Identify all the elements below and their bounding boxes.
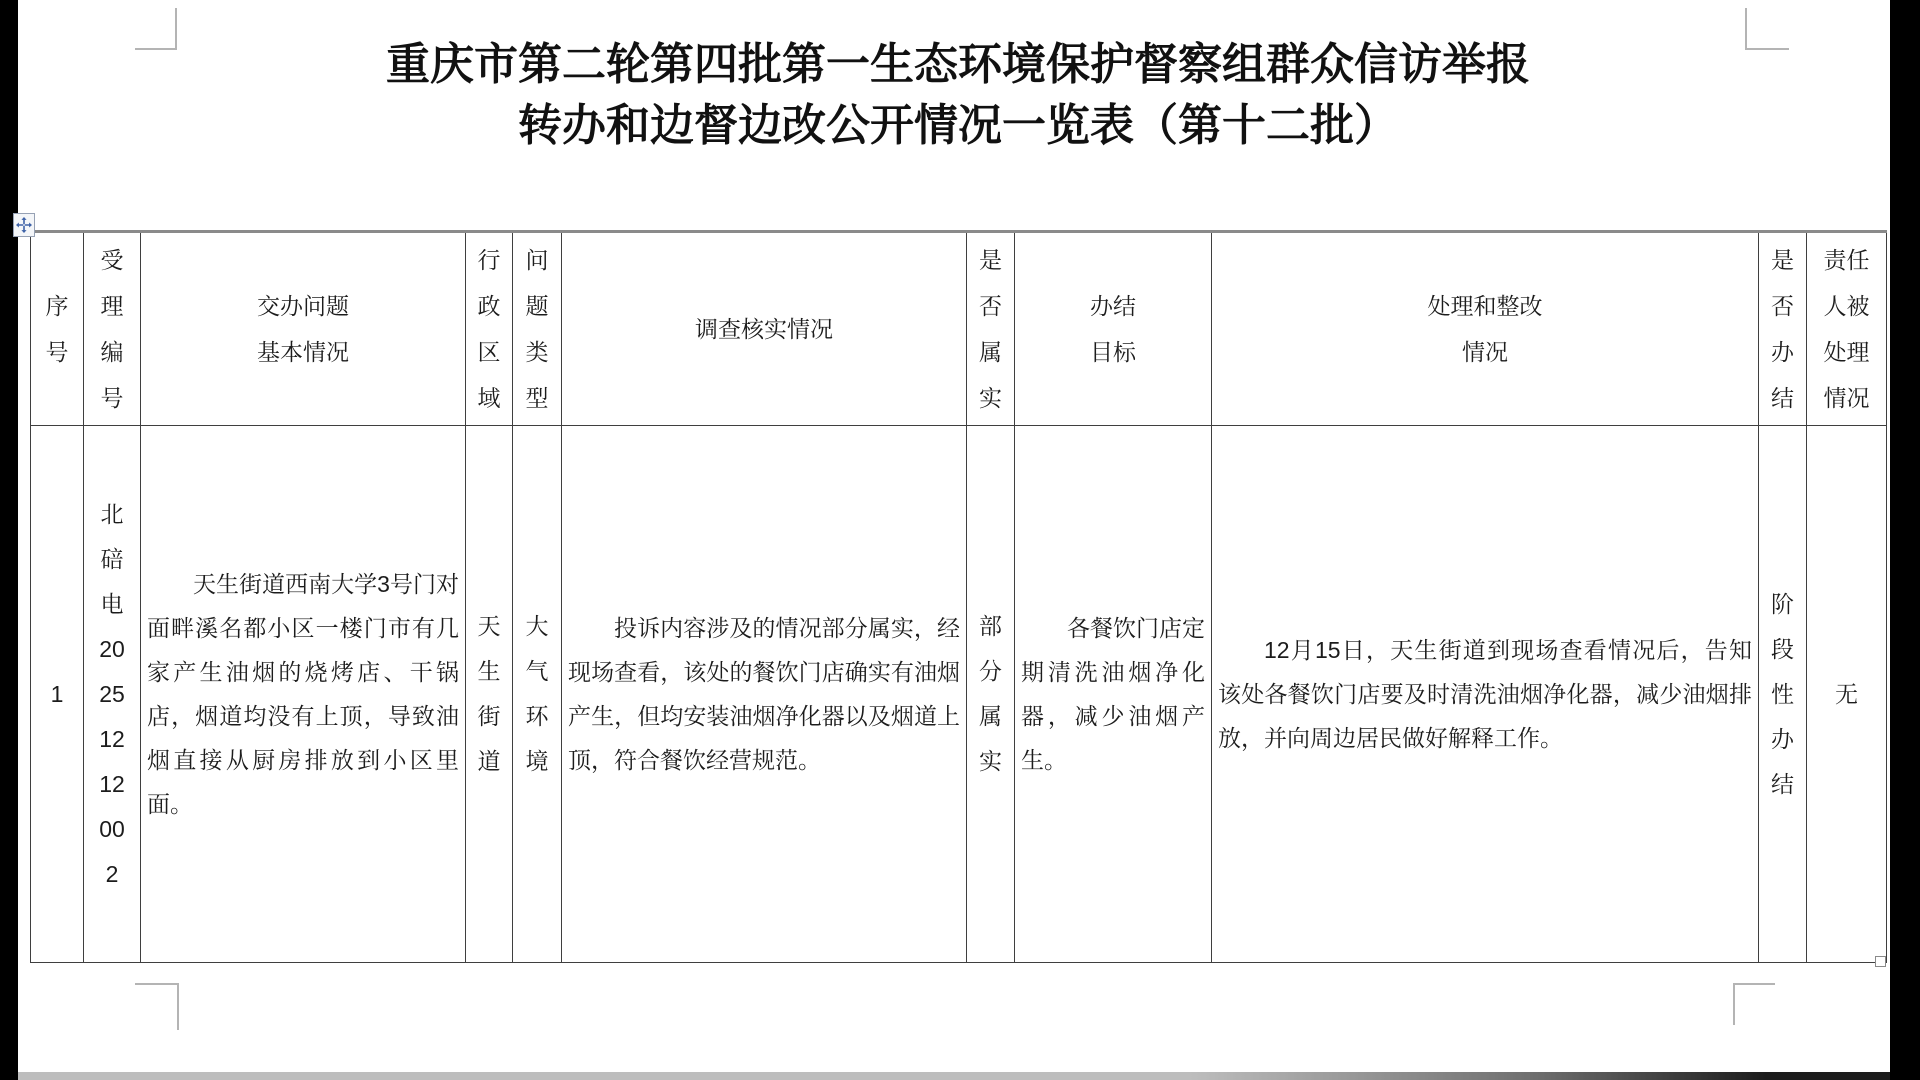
cell-serial: 1 (31, 426, 84, 963)
table-resize-handle[interactable] (1875, 956, 1886, 967)
header-rectification: 处理和整改 情况 (1212, 233, 1759, 426)
cell-goal: 各餐饮门店定期清洗油烟净化器，减少油烟产生。 (1015, 426, 1212, 963)
header-district: 行 政 区 域 (466, 233, 513, 426)
header-is-true: 是 否 属 实 (967, 233, 1015, 426)
header-serial: 序 号 (31, 233, 84, 426)
cell-rectification-text: 12月15日，天生街道到现场查看情况后，告知该处各餐饮门店要及时清洗油烟净化器，… (1218, 628, 1752, 760)
left-black-bar (0, 0, 18, 1080)
cell-problem: 天生街道西南大学3号门对面畔溪名都小区一楼门市有几家产生油烟的烧烤店、干锅店，烟… (141, 426, 466, 963)
cell-investigation-text: 投诉内容涉及的情况部分属实，经现场查看，该处的餐饮门店确实有油烟产生，但均安装油… (568, 606, 960, 782)
header-acceptance-no: 受 理 编 号 (84, 233, 141, 426)
table-move-handle[interactable] (13, 213, 35, 237)
cell-investigation: 投诉内容涉及的情况部分属实，经现场查看，该处的餐饮门店确实有油烟产生，但均安装油… (562, 426, 967, 963)
cell-district: 天 生 街 道 (466, 426, 513, 963)
header-goal: 办结 目标 (1015, 233, 1212, 426)
table-top-border (30, 230, 1887, 233)
cell-goal-text: 各餐饮门店定期清洗油烟净化器，减少油烟产生。 (1021, 606, 1205, 782)
cell-is-true: 部 分 属 实 (967, 426, 1015, 963)
page-margin-mark-bottom-right (1733, 983, 1775, 1025)
document-title-line1: 重庆市第二轮第四批第一生态环境保护督察组群众信访举报 (30, 34, 1886, 95)
table-header-row: 序 号 受 理 编 号 交办问题 基本情况 行 政 区 域 问 题 类 型 调查… (31, 233, 1887, 426)
page-margin-mark-bottom-left (135, 983, 179, 1030)
cell-type: 大 气 环 境 (513, 426, 562, 963)
bottom-edge-strip (0, 1072, 1920, 1080)
header-problem: 交办问题 基本情况 (141, 233, 466, 426)
move-arrows-icon (16, 217, 32, 233)
header-investigation: 调查核实情况 (562, 233, 967, 426)
cell-rectification: 12月15日，天生街道到现场查看情况后，告知该处各餐饮门店要及时清洗油烟净化器，… (1212, 426, 1759, 963)
cell-problem-text: 天生街道西南大学3号门对面畔溪名都小区一楼门市有几家产生油烟的烧烤店、干锅店，烟… (147, 562, 459, 826)
cell-responsible: 无 (1807, 426, 1887, 963)
right-black-bar (1890, 0, 1920, 1080)
document-title-line2: 转办和边督边改公开情况一览表（第十二批） (30, 95, 1886, 156)
header-type: 问 题 类 型 (513, 233, 562, 426)
header-is-closed: 是 否 办 结 (1759, 233, 1807, 426)
complaint-table: 序 号 受 理 编 号 交办问题 基本情况 行 政 区 域 问 题 类 型 调查… (30, 232, 1887, 963)
table-row: 1 北 碚 电 20 25 12 12 00 2 天生街道西南大学3号门对面畔溪… (31, 426, 1887, 963)
header-responsible: 责任 人被 处理 情况 (1807, 233, 1887, 426)
document-title: 重庆市第二轮第四批第一生态环境保护督察组群众信访举报 转办和边督边改公开情况一览… (30, 34, 1886, 156)
cell-is-closed: 阶 段 性 办 结 (1759, 426, 1807, 963)
cell-acceptance-no: 北 碚 电 20 25 12 12 00 2 (84, 426, 141, 963)
